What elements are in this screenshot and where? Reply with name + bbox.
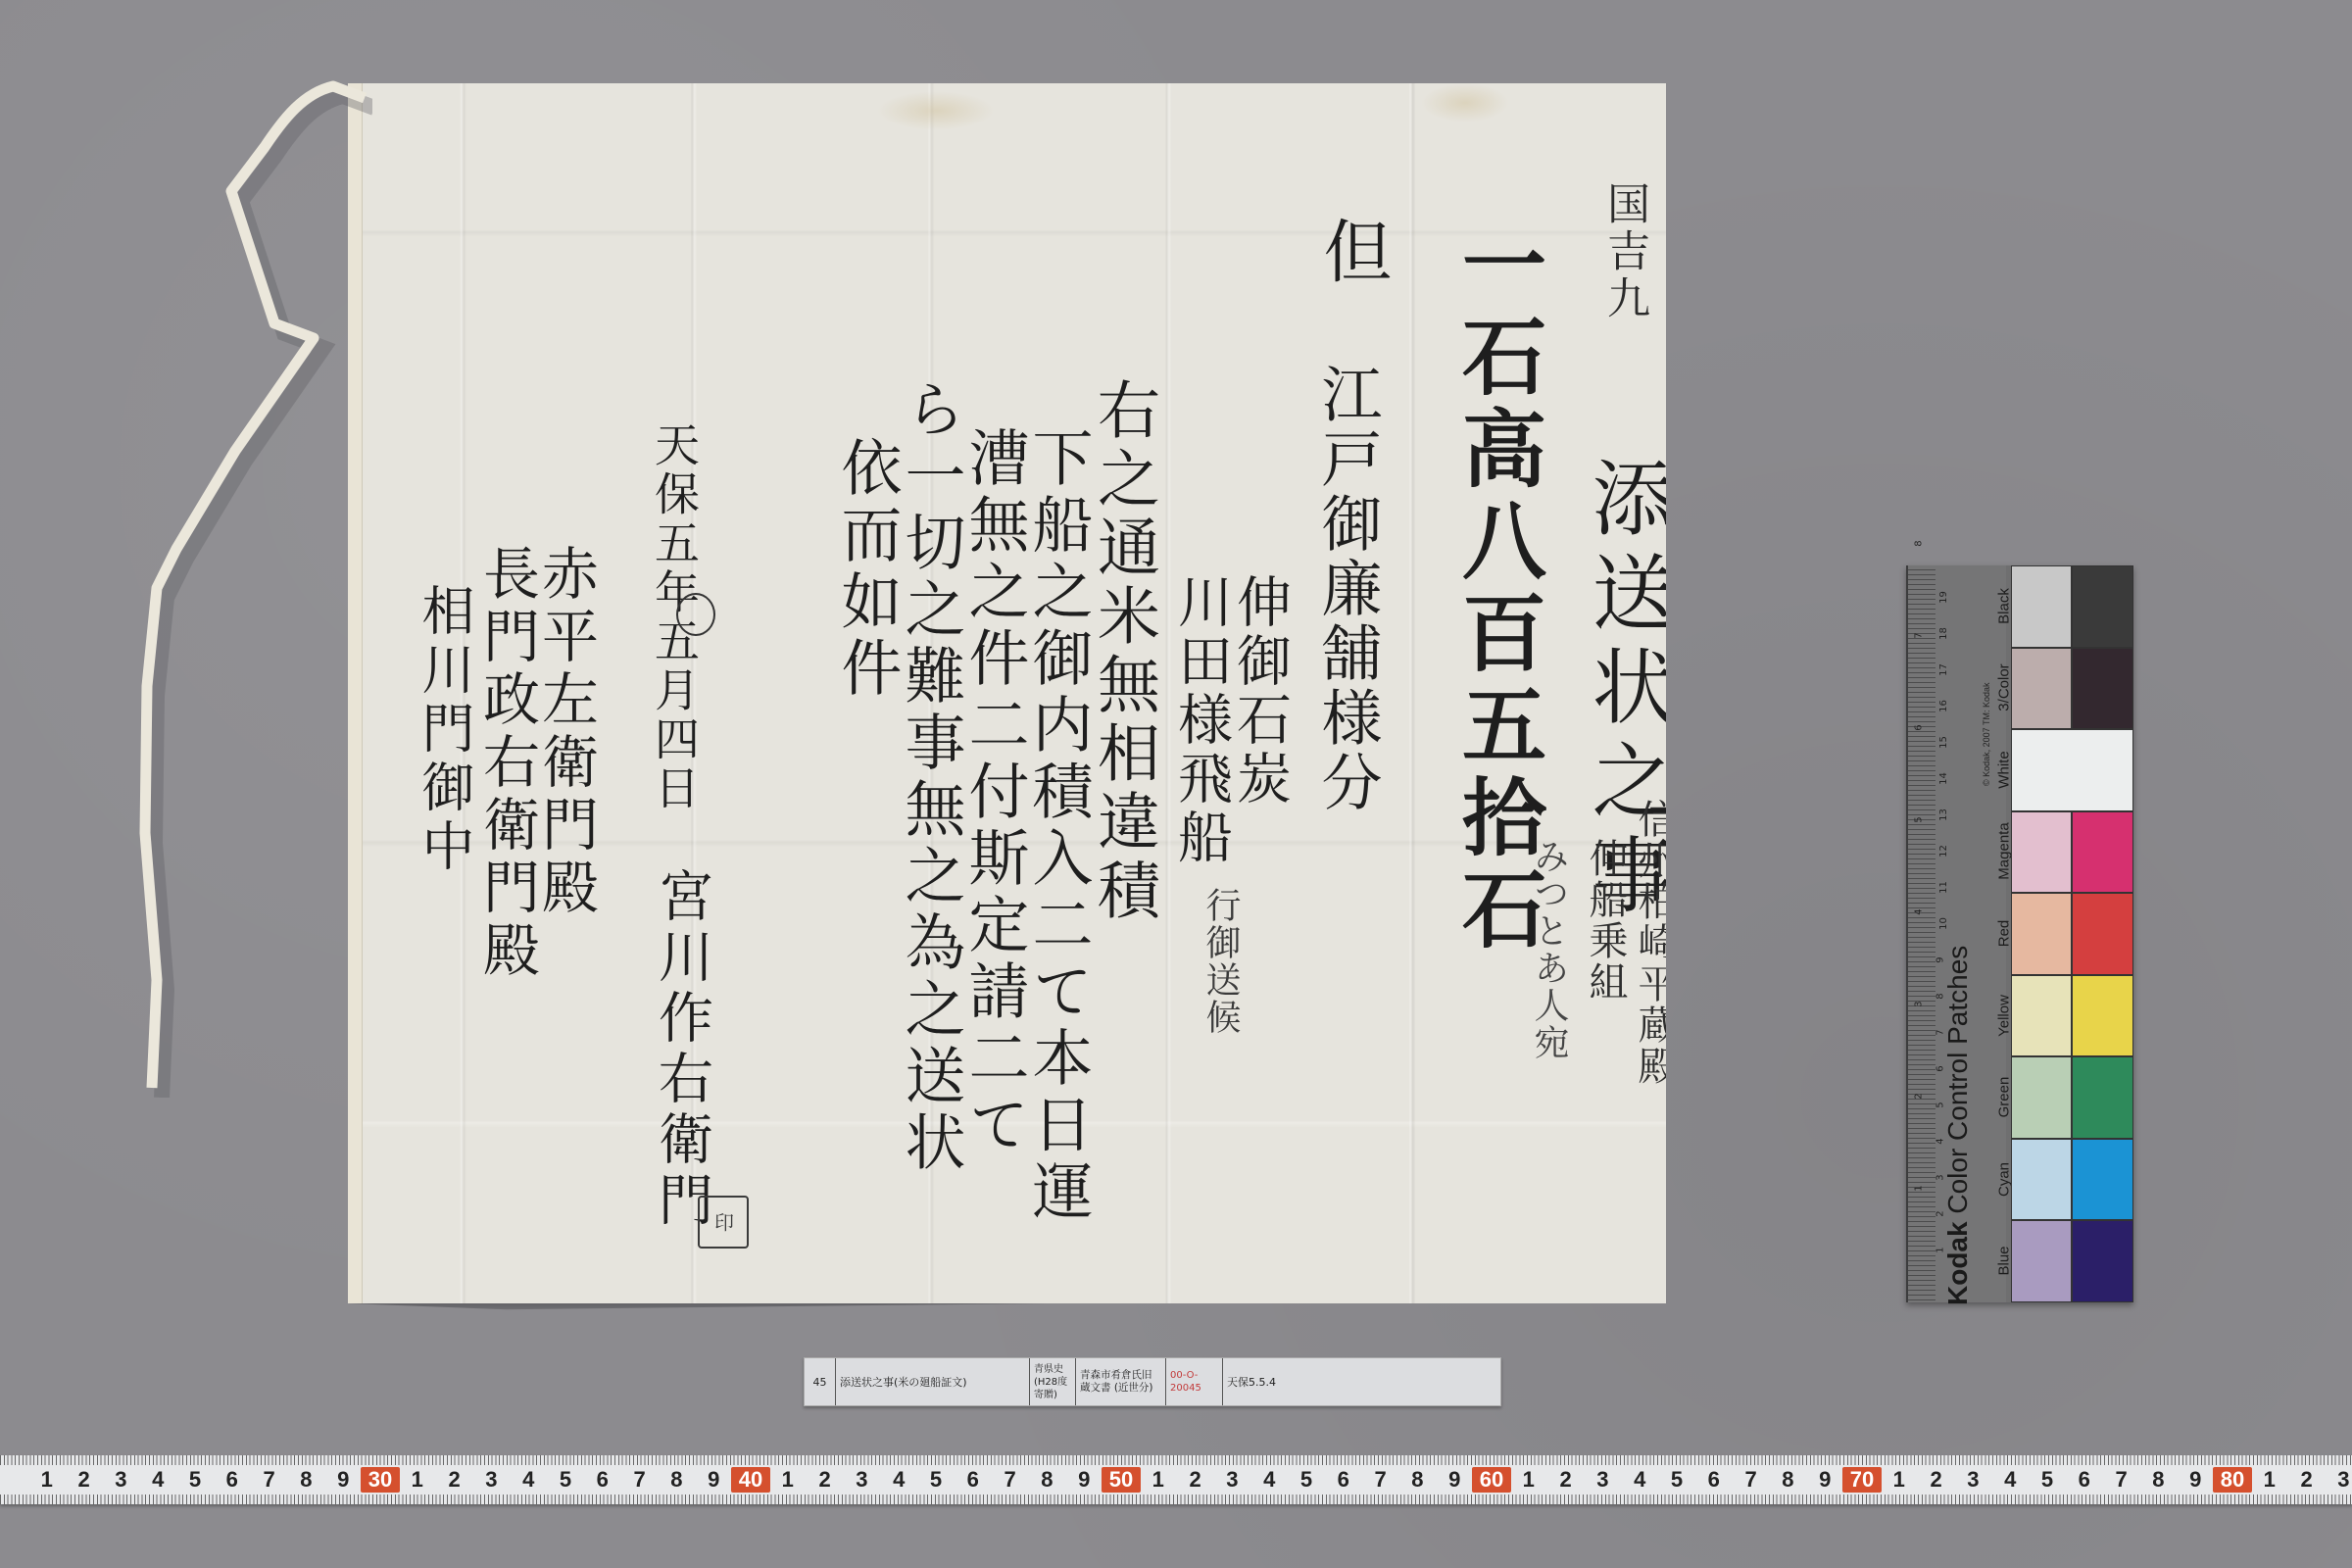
measuring-tape: 1234567893012345678940123456789501234567… bbox=[0, 1455, 2352, 1504]
tape-label: 6 bbox=[1702, 1467, 1726, 1493]
tape-label: 2 bbox=[73, 1467, 96, 1493]
tape-label: 5 bbox=[554, 1467, 577, 1493]
kodak-logo: Kodak bbox=[1942, 1221, 1973, 1305]
ruler-cm-label: 14 bbox=[1938, 772, 1949, 785]
ruler-cm-label: 17 bbox=[1938, 663, 1949, 676]
tape-label: 3 bbox=[850, 1467, 873, 1493]
color-patch-light bbox=[2011, 975, 2072, 1057]
tape-label: 6 bbox=[220, 1467, 244, 1493]
tape-label: 4 bbox=[1257, 1467, 1281, 1493]
ruler-cm-label: 18 bbox=[1938, 627, 1949, 640]
ruler-inch-label: 7 bbox=[1914, 632, 1925, 638]
label-date: 天保5.5.4 bbox=[1223, 1358, 1500, 1405]
tape-label: 1 bbox=[1517, 1467, 1541, 1493]
label-number: 45 bbox=[805, 1358, 836, 1405]
circle-mark-icon bbox=[676, 593, 715, 636]
label-code: 00-O-20045 bbox=[1166, 1358, 1223, 1405]
ruler-cm-label: 15 bbox=[1938, 736, 1949, 749]
seal-stamp-icon: 印 bbox=[698, 1196, 749, 1249]
tape-label: 5 bbox=[2035, 1467, 2059, 1493]
tape-label: 7 bbox=[1739, 1467, 1763, 1493]
tape-label: 9 bbox=[1813, 1467, 1837, 1493]
tape-label: 9 bbox=[1072, 1467, 1096, 1493]
color-patch-light bbox=[2011, 893, 2072, 975]
tape-label: 9 bbox=[1443, 1467, 1466, 1493]
sheet-margin-strip bbox=[348, 83, 363, 1303]
catalogue-label: 45 添送状之事(米の廻船証文) 青県史(H28度寄贈) 青森市肴倉氏旧蔵文書 … bbox=[804, 1357, 1501, 1406]
tape-label: 3 bbox=[1591, 1467, 1614, 1493]
patch-label: White bbox=[1996, 730, 2013, 808]
patch-label: Red bbox=[1996, 895, 2013, 973]
paper-stain bbox=[1421, 83, 1509, 122]
ruler-cm-label: 12 bbox=[1938, 845, 1949, 857]
tape-label: 8 bbox=[1405, 1467, 1429, 1493]
paper-stain bbox=[877, 91, 995, 130]
tape-label: 2 bbox=[813, 1467, 837, 1493]
ruler-inch-label: 5 bbox=[1914, 816, 1925, 822]
patch-label: Blue bbox=[1996, 1222, 2013, 1300]
sender-line: みつとあ人宛 bbox=[1524, 838, 1574, 1061]
tape-label: 7 bbox=[258, 1467, 281, 1493]
color-patch-dark bbox=[2072, 565, 2133, 648]
tape-label: 6 bbox=[961, 1467, 985, 1493]
tape-label: 3 bbox=[109, 1467, 132, 1493]
tape-label: 3 bbox=[1961, 1467, 1984, 1493]
patch-label: Magenta bbox=[1996, 812, 2013, 891]
tape-label: 1 bbox=[2258, 1467, 2281, 1493]
ruler-inch-label: 3 bbox=[1914, 1001, 1925, 1006]
proviso-mark: 但 bbox=[1303, 216, 1402, 292]
ruler-cm-label: 19 bbox=[1938, 591, 1949, 604]
annotation-note: 国吉九 bbox=[1592, 181, 1655, 322]
color-patch-white bbox=[2011, 729, 2133, 811]
kodak-product-name: Color Control Patches bbox=[1942, 946, 1973, 1214]
tape-label: 9 bbox=[2183, 1467, 2207, 1493]
tape-label: 8 bbox=[2146, 1467, 2170, 1493]
tape-label: 4 bbox=[1628, 1467, 1651, 1493]
label-source: 青県史(H28度寄贈) bbox=[1030, 1358, 1076, 1405]
body-line: 依而如件 bbox=[823, 436, 910, 703]
tape-label: 2 bbox=[2295, 1467, 2319, 1493]
kodak-brand: Kodak Color Control Patches bbox=[1942, 962, 1982, 1305]
recipient-line: 相川門御中 bbox=[407, 583, 482, 877]
color-patch-dark bbox=[2072, 893, 2133, 975]
tape-label: 4 bbox=[516, 1467, 540, 1493]
tape-label: 4 bbox=[1998, 1467, 2022, 1493]
tape-label: 3 bbox=[2331, 1467, 2352, 1493]
tape-major-label: 50 bbox=[1102, 1467, 1141, 1493]
tape-major-label: 80 bbox=[2213, 1467, 2252, 1493]
tape-label: 8 bbox=[664, 1467, 688, 1493]
patch-label: Green bbox=[1996, 1058, 2013, 1137]
paper-string-tie-icon bbox=[0, 0, 372, 1098]
ruler-inch-label: 2 bbox=[1914, 1093, 1925, 1099]
tape-label: 6 bbox=[591, 1467, 614, 1493]
color-patch-dark bbox=[2072, 648, 2133, 730]
addressee-line: 行御送候 bbox=[1196, 887, 1246, 1036]
tape-label: 2 bbox=[1184, 1467, 1207, 1493]
patch-label: Cyan bbox=[1996, 1140, 2013, 1218]
color-patch-dark bbox=[2072, 1056, 2133, 1139]
color-patch-light bbox=[2011, 811, 2072, 894]
patch-label: Black bbox=[1996, 566, 2013, 645]
tape-label: 1 bbox=[1147, 1467, 1170, 1493]
label-title: 添送状之事(米の廻船証文) bbox=[836, 1358, 1030, 1405]
ruler-inch-label: 1 bbox=[1914, 1185, 1925, 1191]
tape-label: 2 bbox=[443, 1467, 466, 1493]
color-patch-light bbox=[2011, 1056, 2072, 1139]
ruler-cm-label: 11 bbox=[1938, 881, 1949, 894]
label-holder: 青森市肴倉氏旧蔵文書 (近世分) bbox=[1076, 1358, 1166, 1405]
color-patch-light bbox=[2011, 1220, 2072, 1302]
color-patch-dark bbox=[2072, 811, 2133, 894]
tape-label: 2 bbox=[1925, 1467, 1948, 1493]
tape-label: 5 bbox=[1665, 1467, 1689, 1493]
tape-label: 9 bbox=[331, 1467, 355, 1493]
tape-major-label: 30 bbox=[361, 1467, 400, 1493]
ruler-cm-label: 13 bbox=[1938, 808, 1949, 821]
tape-label: 7 bbox=[999, 1467, 1022, 1493]
patch-label: 3/Color bbox=[1996, 649, 2013, 727]
tape-label: 5 bbox=[1295, 1467, 1318, 1493]
tape-label: 4 bbox=[887, 1467, 910, 1493]
addressee-line: 川田様飛船 bbox=[1161, 573, 1240, 867]
signer-name: 宮川作右衛門 bbox=[642, 867, 720, 1232]
tape-label: 7 bbox=[1369, 1467, 1393, 1493]
ruler-cm-label: 10 bbox=[1938, 917, 1949, 930]
destination: 江戸御廉舗様分 bbox=[1303, 363, 1391, 815]
tape-label: 4 bbox=[146, 1467, 170, 1493]
color-patch-light bbox=[2011, 1139, 2072, 1221]
tape-label: 5 bbox=[924, 1467, 948, 1493]
tape-major-label: 70 bbox=[1842, 1467, 1882, 1493]
color-patch-light bbox=[2011, 565, 2072, 648]
document-sheet: 添送状之事 国吉九 一石高八百五拾石 信州柏崎平蔵殿 伸船乗組 みつとあ人宛 但… bbox=[348, 83, 1666, 1303]
tape-label: 1 bbox=[776, 1467, 800, 1493]
tape-label: 9 bbox=[702, 1467, 725, 1493]
ruler-inch-label: 4 bbox=[1914, 908, 1925, 914]
patch-label: Yellow bbox=[1996, 976, 2013, 1054]
tape-label: 8 bbox=[294, 1467, 318, 1493]
tape-label: 1 bbox=[406, 1467, 429, 1493]
ruler-cm-label: 16 bbox=[1938, 700, 1949, 712]
tape-label: 8 bbox=[1035, 1467, 1058, 1493]
tape-label: 3 bbox=[479, 1467, 503, 1493]
tape-label: 7 bbox=[628, 1467, 652, 1493]
tape-major-label: 60 bbox=[1472, 1467, 1511, 1493]
tape-label: 5 bbox=[183, 1467, 207, 1493]
ruler-inch-label: 6 bbox=[1914, 724, 1925, 730]
color-patch-dark bbox=[2072, 1139, 2133, 1221]
color-patches bbox=[2011, 565, 2133, 1302]
kodak-color-control-strip: 12345678910111213141516171819 12345678 ©… bbox=[1906, 565, 2133, 1302]
tape-label: 6 bbox=[1332, 1467, 1355, 1493]
tape-label: 2 bbox=[1554, 1467, 1578, 1493]
color-patch-light bbox=[2011, 648, 2072, 730]
sender-line: 信州柏崎平蔵殿 bbox=[1627, 799, 1683, 1087]
tape-label: 3 bbox=[1220, 1467, 1244, 1493]
tape-label: 7 bbox=[2110, 1467, 2133, 1493]
tape-label: 1 bbox=[35, 1467, 59, 1493]
kodak-copyright: © Kodak, 2007 TM: Kodak bbox=[1982, 590, 1991, 786]
color-patch-dark bbox=[2072, 975, 2133, 1057]
color-patch-dark bbox=[2072, 1220, 2133, 1302]
ruler-inch-label: 8 bbox=[1914, 540, 1925, 546]
tape-label: 1 bbox=[1887, 1467, 1911, 1493]
sender-line: 伸船乗組 bbox=[1578, 838, 1634, 1003]
tape-label: 8 bbox=[1776, 1467, 1799, 1493]
tape-major-label: 40 bbox=[731, 1467, 770, 1493]
tape-label: 6 bbox=[2073, 1467, 2096, 1493]
